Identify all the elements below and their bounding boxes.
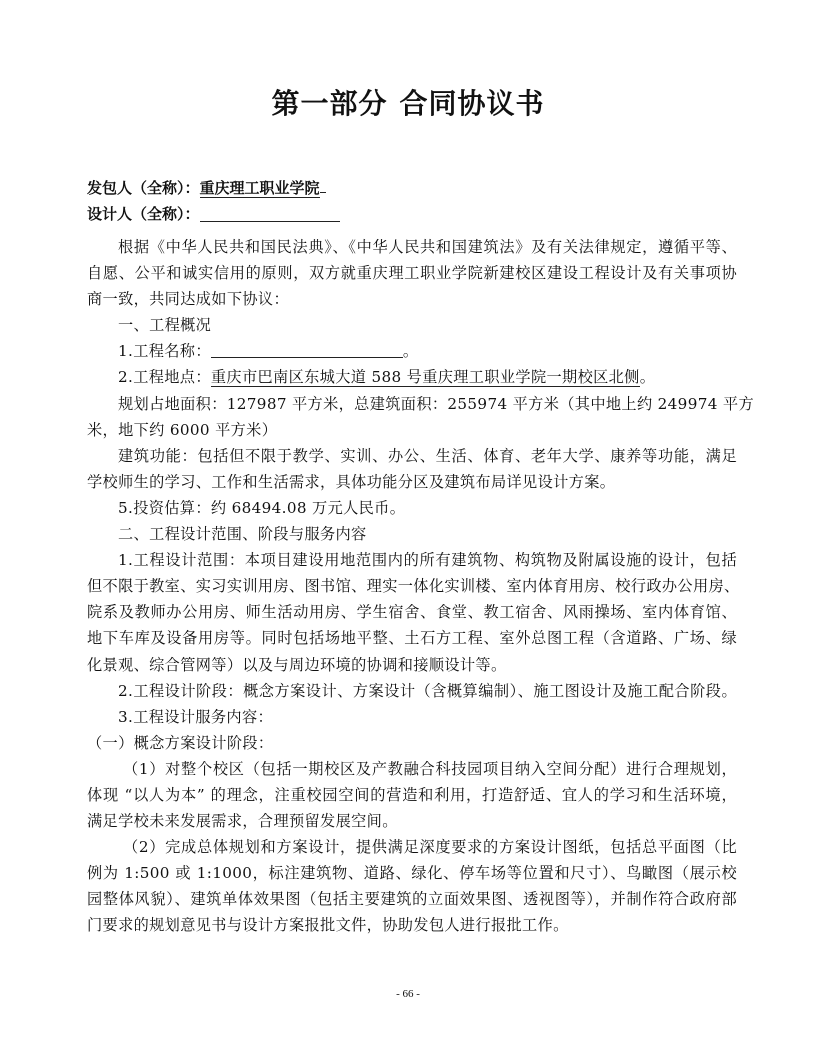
title-subject: 合同协议书 — [400, 87, 545, 120]
punctuation: 。 — [403, 342, 419, 360]
project-location-label: 2.工程地点： — [118, 368, 211, 386]
intro-line: 根据《中华人民共和国民法典》、《中华人民共和国建筑法》及有关法律规定，遵循平等、 — [87, 234, 737, 260]
project-name-label: 1.工程名称： — [118, 342, 211, 360]
concept-item-line: 满足学校未来发展需求，合理预留发展空间。 — [87, 808, 737, 834]
concept-item-line: 体现 “以人为本” 的理念，注重校园空间的营造和利用，打造舒适、宜人的学习和生活… — [87, 782, 737, 808]
designer-line: 设计人（全称）： — [87, 204, 340, 224]
project-location-value: 重庆市巴南区东城大道 588 号重庆理工职业学院一期校区北侧 — [211, 368, 640, 387]
title-part: 第一部分 — [271, 87, 387, 120]
section-heading-overview: 一、工程概况 — [87, 312, 737, 338]
designer-name-blank — [200, 205, 340, 222]
investment-line: 5.投资估算：约 68494.08 万元人民币。 — [87, 495, 737, 521]
section-heading-scope: 二、工程设计范围、阶段与服务内容 — [87, 521, 737, 547]
employer-name: 重庆理工职业学院 — [200, 179, 320, 198]
agreement-body: 根据《中华人民共和国民法典》、《中华人民共和国建筑法》及有关法律规定，遵循平等、… — [87, 234, 737, 939]
project-name-line: 1.工程名称：。 — [87, 338, 737, 364]
scope-line: 院系及教师办公用房、师生活动用房、学生宿舍、食堂、教工宿舍、风雨操场、室内体育馆… — [87, 599, 737, 625]
concept-item-line: （2）完成总体规划和方案设计，提供满足深度要求的方案设计图纸，包括总平面图（比 — [87, 834, 737, 860]
document-page: 第一部分合同协议书 发包人（全称）：重庆理工职业学院 设计人（全称）： 根据《中… — [0, 0, 816, 1056]
services-heading: 3.工程设计服务内容： — [87, 704, 737, 730]
intro-line: 商一致，共同达成如下协议： — [87, 286, 737, 312]
employer-label: 发包人（全称）： — [87, 179, 200, 197]
stages-line: 2.工程设计阶段：概念方案设计、方案设计（含概算编制）、施工图设计及施工配合阶段… — [87, 678, 737, 704]
project-name-blank — [211, 342, 403, 358]
page-title: 第一部分合同协议书 — [0, 84, 816, 124]
project-location-line: 2.工程地点：重庆市巴南区东城大道 588 号重庆理工职业学院一期校区北侧。 — [87, 364, 737, 390]
area-line: 米，地下约 6000 平方米） — [87, 417, 737, 443]
scope-line: 1.工程设计范围：本项目建设用地范围内的所有建筑物、构筑物及附属设施的设计，包括 — [87, 547, 737, 573]
function-line: 建筑功能：包括但不限于教学、实训、办公、生活、体育、老年大学、康养等功能，满足 — [87, 443, 737, 469]
employer-line: 发包人（全称）：重庆理工职业学院 — [87, 178, 326, 198]
function-line: 学校师生的学习、工作和生活需求，具体功能分区及建筑布局详见设计方案。 — [87, 469, 737, 495]
area-line: 规划占地面积：127987 平方米，总建筑面积：255974 平方米（其中地上约… — [87, 391, 737, 417]
scope-line: 但不限于教室、实习实训用房、图书馆、理实一体化实训楼、室内体育用房、校行政办公用… — [87, 573, 737, 599]
designer-label: 设计人（全称）： — [87, 205, 200, 223]
punctuation: 。 — [640, 368, 656, 386]
intro-line: 自愿、公平和诚实信用的原则，双方就重庆理工职业学院新建校区建设工程设计及有关事项… — [87, 260, 737, 286]
concept-item-line: 例为 1:500 或 1:1000，标注建筑物、道路、绿化、停车场等位置和尺寸）… — [87, 860, 737, 886]
concept-item-line: （1）对整个校区（包括一期校区及产教融合科技园项目纳入空间分配）进行合理规划， — [87, 756, 737, 782]
scope-line: 地下车库及设备用房等。同时包括场地平整、土石方工程、室外总图工程（含道路、广场、… — [87, 625, 737, 651]
scope-line: 化景观、综合管网等）以及与周边环境的协调和接顺设计等。 — [87, 652, 737, 678]
page-number: - 66 - — [0, 988, 816, 1000]
concept-stage-heading: （一）概念方案设计阶段： — [87, 730, 737, 756]
concept-item-line: 园整体风貌）、建筑单体效果图（包括主要建筑的立面效果图、透视图等），并制作符合政… — [87, 886, 737, 912]
concept-item-line: 门要求的规划意见书与设计方案报批文件，协助发包人进行报批工作。 — [87, 912, 737, 938]
